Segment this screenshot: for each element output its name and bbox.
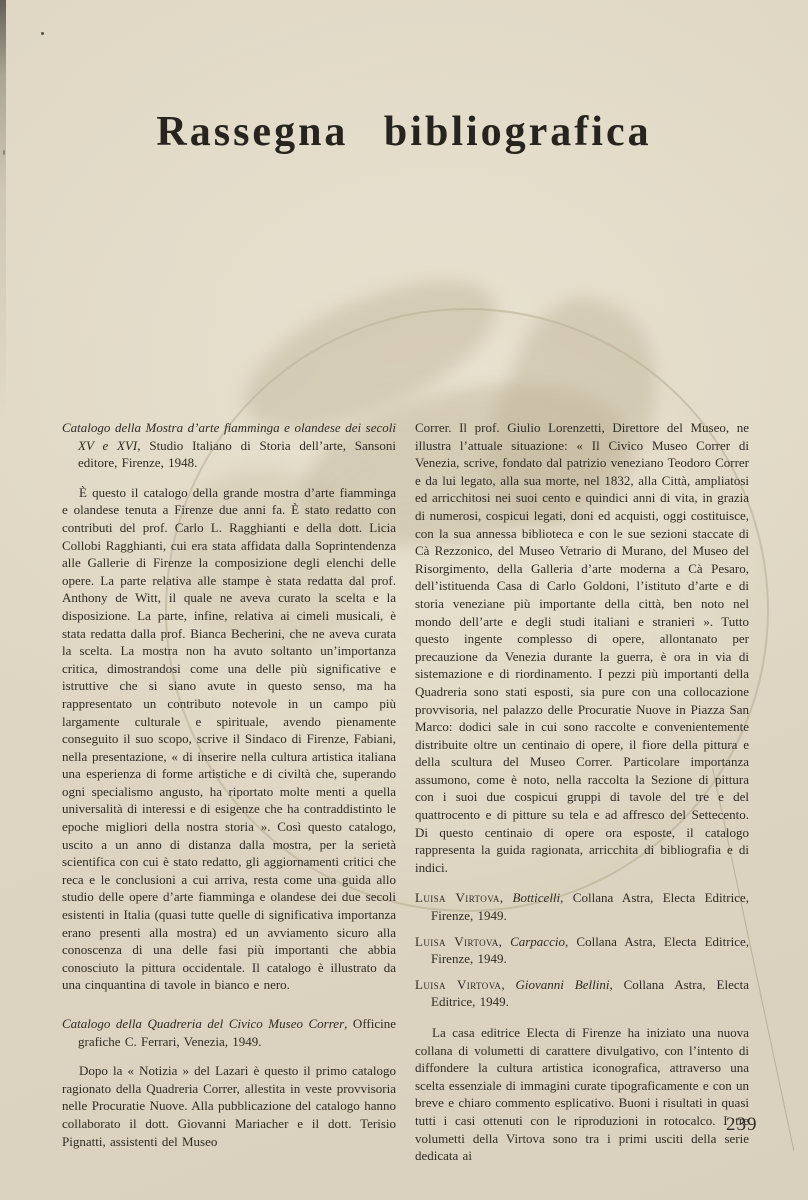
book-entry: Luisa Virtova, Botticelli, Collana Astra… — [415, 889, 749, 924]
entry-book-title: Giovanni Bellini — [516, 977, 610, 992]
entry-author: Luisa Virtova — [415, 890, 500, 905]
entry-book-title: Carpaccio — [510, 934, 565, 949]
left-column: Catalogo della Mostra d’arte fiamminga e… — [62, 419, 396, 1165]
review-paragraph: La casa editrice Electa di Firenze ha in… — [415, 1024, 749, 1165]
scan-edge-shadow — [0, 0, 6, 420]
citation-title: Catalogo della Quadreria del Civico Muse… — [62, 1016, 344, 1031]
scanned-book-page: Rassegna bibliografica Catalogo della Mo… — [0, 0, 808, 1200]
citation-entry: Catalogo della Quadreria del Civico Muse… — [62, 1015, 396, 1050]
review-paragraph: È questo il catalogo della grande mostra… — [62, 484, 396, 994]
entry-book-title: Botticelli — [513, 890, 561, 905]
entry-separator: , — [499, 934, 510, 949]
page-title: Rassegna bibliografica — [0, 108, 808, 156]
entry-author: Luisa Virtova — [415, 934, 499, 949]
scan-speck — [41, 32, 44, 35]
citation-entry: Catalogo della Mostra d’arte fiamminga e… — [62, 419, 396, 472]
entry-separator: , — [501, 977, 515, 992]
book-entry: Luisa Virtova, Carpaccio, Collana Astra,… — [415, 933, 749, 968]
entry-separator: , — [500, 890, 513, 905]
review-paragraph: Dopo la « Notizia » del Lazari è questo … — [62, 1062, 396, 1150]
two-column-text: Catalogo della Mostra d’arte fiamminga e… — [62, 419, 749, 1165]
right-column: Correr. Il prof. Giulio Lorenzetti, Dire… — [415, 419, 749, 1165]
review-paragraph-continuation: Correr. Il prof. Giulio Lorenzetti, Dire… — [415, 419, 749, 876]
page-number: 239 — [726, 1114, 758, 1136]
entry-author: Luisa Virtova — [415, 977, 501, 992]
book-entry: Luisa Virtova, Giovanni Bellini, Collana… — [415, 976, 749, 1011]
